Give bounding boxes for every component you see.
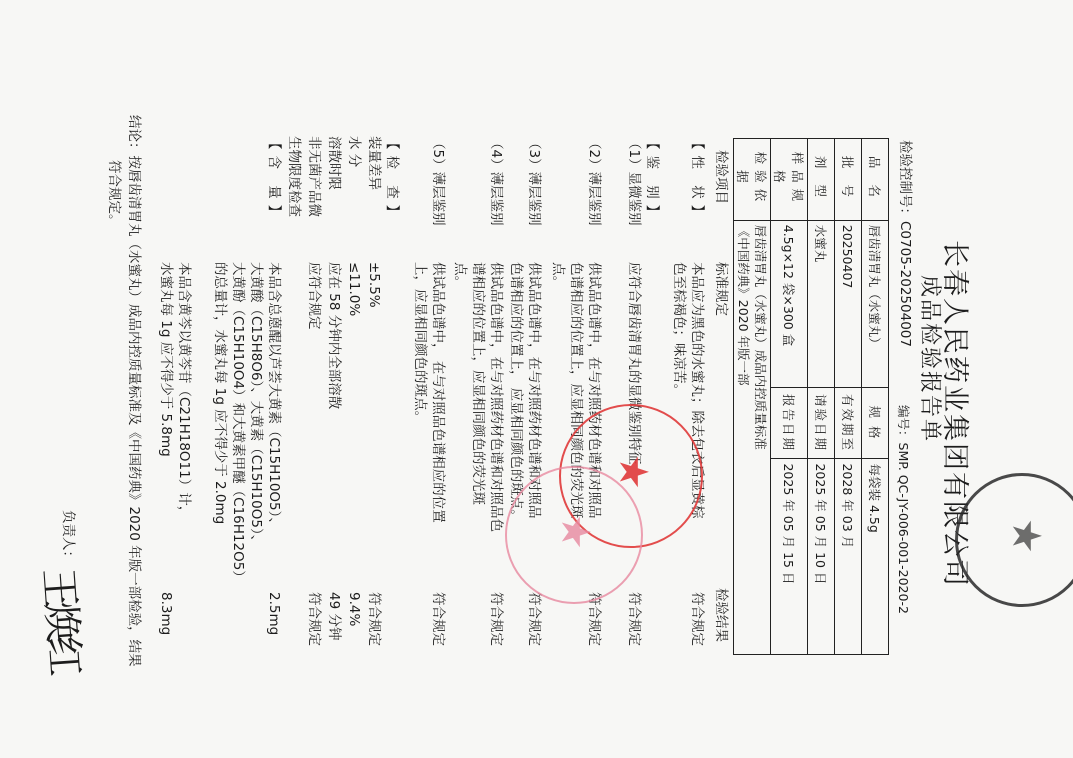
item-9-standard: 应符合规定: [305, 262, 323, 330]
conclusion-line-2: 符合规定。: [105, 160, 123, 228]
spec-value: 每袋装 4.5g: [862, 459, 889, 655]
item-4-standard: 供试品色谱中，在与对照药材色谱和对照品色 谱相应的位置上，应显相同颜色的荧光斑 …: [451, 262, 505, 532]
signature: 王焕红: [33, 566, 97, 672]
item-10-name: 生物限度检查: [285, 136, 303, 217]
basis-line-1: 唇齿清胃丸（水蜜丸）成品内控质量标准: [752, 225, 769, 650]
item-4-name: （4）薄层鉴别: [487, 136, 505, 226]
product-info-table: 品 名 唇齿清胃丸（水蜜丸） 规 格 每袋装 4.5g 批 号 20250407…: [733, 138, 889, 655]
section-assay: 【含 量】: [265, 136, 283, 224]
item-11-standard: 本品含总蒽醌以芦荟大黄素（C15H10O5）、 大黄酸（C15H8O6）、大黄素…: [211, 262, 283, 584]
section-inspection: 【检 查】: [383, 136, 401, 224]
star-icon: ★: [555, 514, 595, 550]
section-character: 【性 状】: [688, 136, 706, 224]
item-1-result: 符合规定: [625, 592, 643, 646]
expiry-label: 有效期至: [835, 387, 862, 459]
sample-spec-value: 4.5g×12 袋×300 盒: [771, 220, 808, 387]
responsible-label: 负责人：: [59, 510, 77, 564]
item-8-result: 49 分钟: [325, 592, 343, 640]
item-6-name: 装量差异: [365, 136, 383, 190]
item-9-result: 符合规定: [305, 592, 323, 646]
conclusion-line-1: 结论：按唇齿清胃丸（水蜜丸）成品内控质量标准及《中国药典》2020 年版一部检验…: [125, 115, 143, 667]
item-8-standard: 应在 58 分钟内全部溶散: [325, 262, 343, 409]
item-1-name: （1）显微鉴别: [625, 136, 643, 226]
control-number-value: C0705-202504007: [897, 221, 913, 347]
spec-label: 规 格: [862, 387, 889, 459]
control-number: 检验控制号：C0705-202504007: [897, 140, 917, 347]
star-icon: ★: [1006, 518, 1046, 554]
item-3-name: （3）薄层鉴别: [525, 136, 543, 226]
item-7-name: 水 分: [345, 136, 363, 167]
document-code-value: SMP. QC-JY-006-001-2020-2: [896, 443, 911, 614]
request-date-label: 请验日期: [808, 387, 835, 459]
item-4-result: 符合规定: [487, 592, 505, 646]
batch-value: 20250407: [835, 220, 862, 387]
report-date-label: 报告日期: [771, 387, 808, 459]
item-5-standard: 供试品色谱中， 在与对照品色谱相应的位置 上，应显相同颜色的斑点。: [411, 262, 447, 523]
sample-spec-label: 样品规格: [771, 139, 808, 221]
item-9-name: 非无菌产品微: [305, 136, 323, 217]
basis-line-2: 《中国药典》2020 年版一部: [735, 225, 752, 650]
basis-value: 唇齿清胃丸（水蜜丸）成品内控质量标准 《中国药典》2020 年版一部: [734, 220, 771, 654]
item-7-standard: ≤11.0%: [345, 262, 363, 316]
item-11-result: 2.5mg: [265, 592, 283, 635]
item-3-result: 符合规定: [525, 592, 543, 646]
document-code-label: 编号：: [896, 405, 911, 443]
report-date-value: 2025 年 05 月 15 日: [771, 459, 808, 655]
items-header-item: 检验项目: [713, 150, 733, 204]
request-date-value: 2025 年 05 月 10 日: [808, 459, 835, 655]
items-header-standard: 标准规定: [713, 262, 733, 316]
report-title: 成品检验报告单: [916, 275, 947, 443]
control-number-label: 检验控制号：: [897, 140, 913, 221]
item-6-result: 符合规定: [365, 592, 383, 646]
dosage-form-label: 剂 型: [808, 139, 835, 221]
dosage-form-value: 水蜜丸: [808, 220, 835, 387]
item-12-result: 8.3mg: [157, 592, 175, 635]
section-identification: 【鉴 别】: [643, 136, 661, 224]
item-5-result: 符合规定: [429, 592, 447, 646]
quality-seal-stamp-pink: ★: [505, 466, 643, 604]
item-12-standard: 本品含黄芩以黄芩苷（C21H18O11）计， 水蜜丸每 1g 应不得少于 5.8…: [157, 262, 193, 519]
item-8-name: 溶散时限: [325, 136, 343, 190]
item-2-name: （2）薄层鉴别: [585, 136, 603, 226]
item-5-name: （5）薄层鉴别: [429, 136, 447, 226]
inspection-report-page: 长春人民药业集团有限公司 成品检验报告单 检验控制号：C0705-2025040…: [0, 0, 1073, 758]
expiry-value: 2028 年 03 月: [835, 459, 862, 655]
item-7-result: 9.4%: [345, 592, 363, 626]
item-6-standard: ±5.5%: [365, 262, 383, 308]
product-name-label: 品 名: [862, 139, 889, 221]
items-header-result: 检验结果: [713, 588, 733, 642]
product-name-value: 唇齿清胃丸（水蜜丸）: [862, 220, 889, 387]
item-0-result: 符合规定: [688, 592, 706, 646]
basis-label: 检验依据: [734, 139, 771, 221]
batch-label: 批 号: [835, 139, 862, 221]
document-code: 编号：SMP. QC-JY-006-001-2020-2: [895, 405, 913, 614]
